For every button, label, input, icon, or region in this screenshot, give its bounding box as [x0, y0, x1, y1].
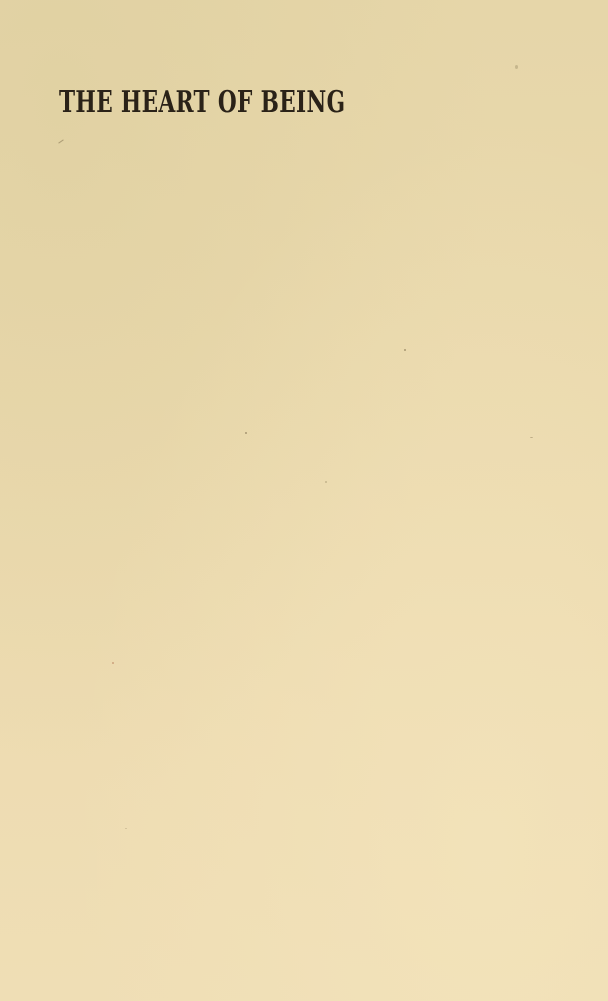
paper-speck [530, 437, 533, 438]
paper-mark [58, 139, 63, 143]
paper-speck [125, 828, 127, 829]
book-page: THE HEART OF BEING [0, 0, 608, 1001]
paper-speck [112, 662, 114, 664]
paper-speck [325, 481, 327, 483]
paper-speck [245, 432, 247, 434]
paper-speck [404, 349, 406, 351]
paper-speck [515, 65, 518, 69]
page-title: THE HEART OF BEING [59, 84, 345, 122]
